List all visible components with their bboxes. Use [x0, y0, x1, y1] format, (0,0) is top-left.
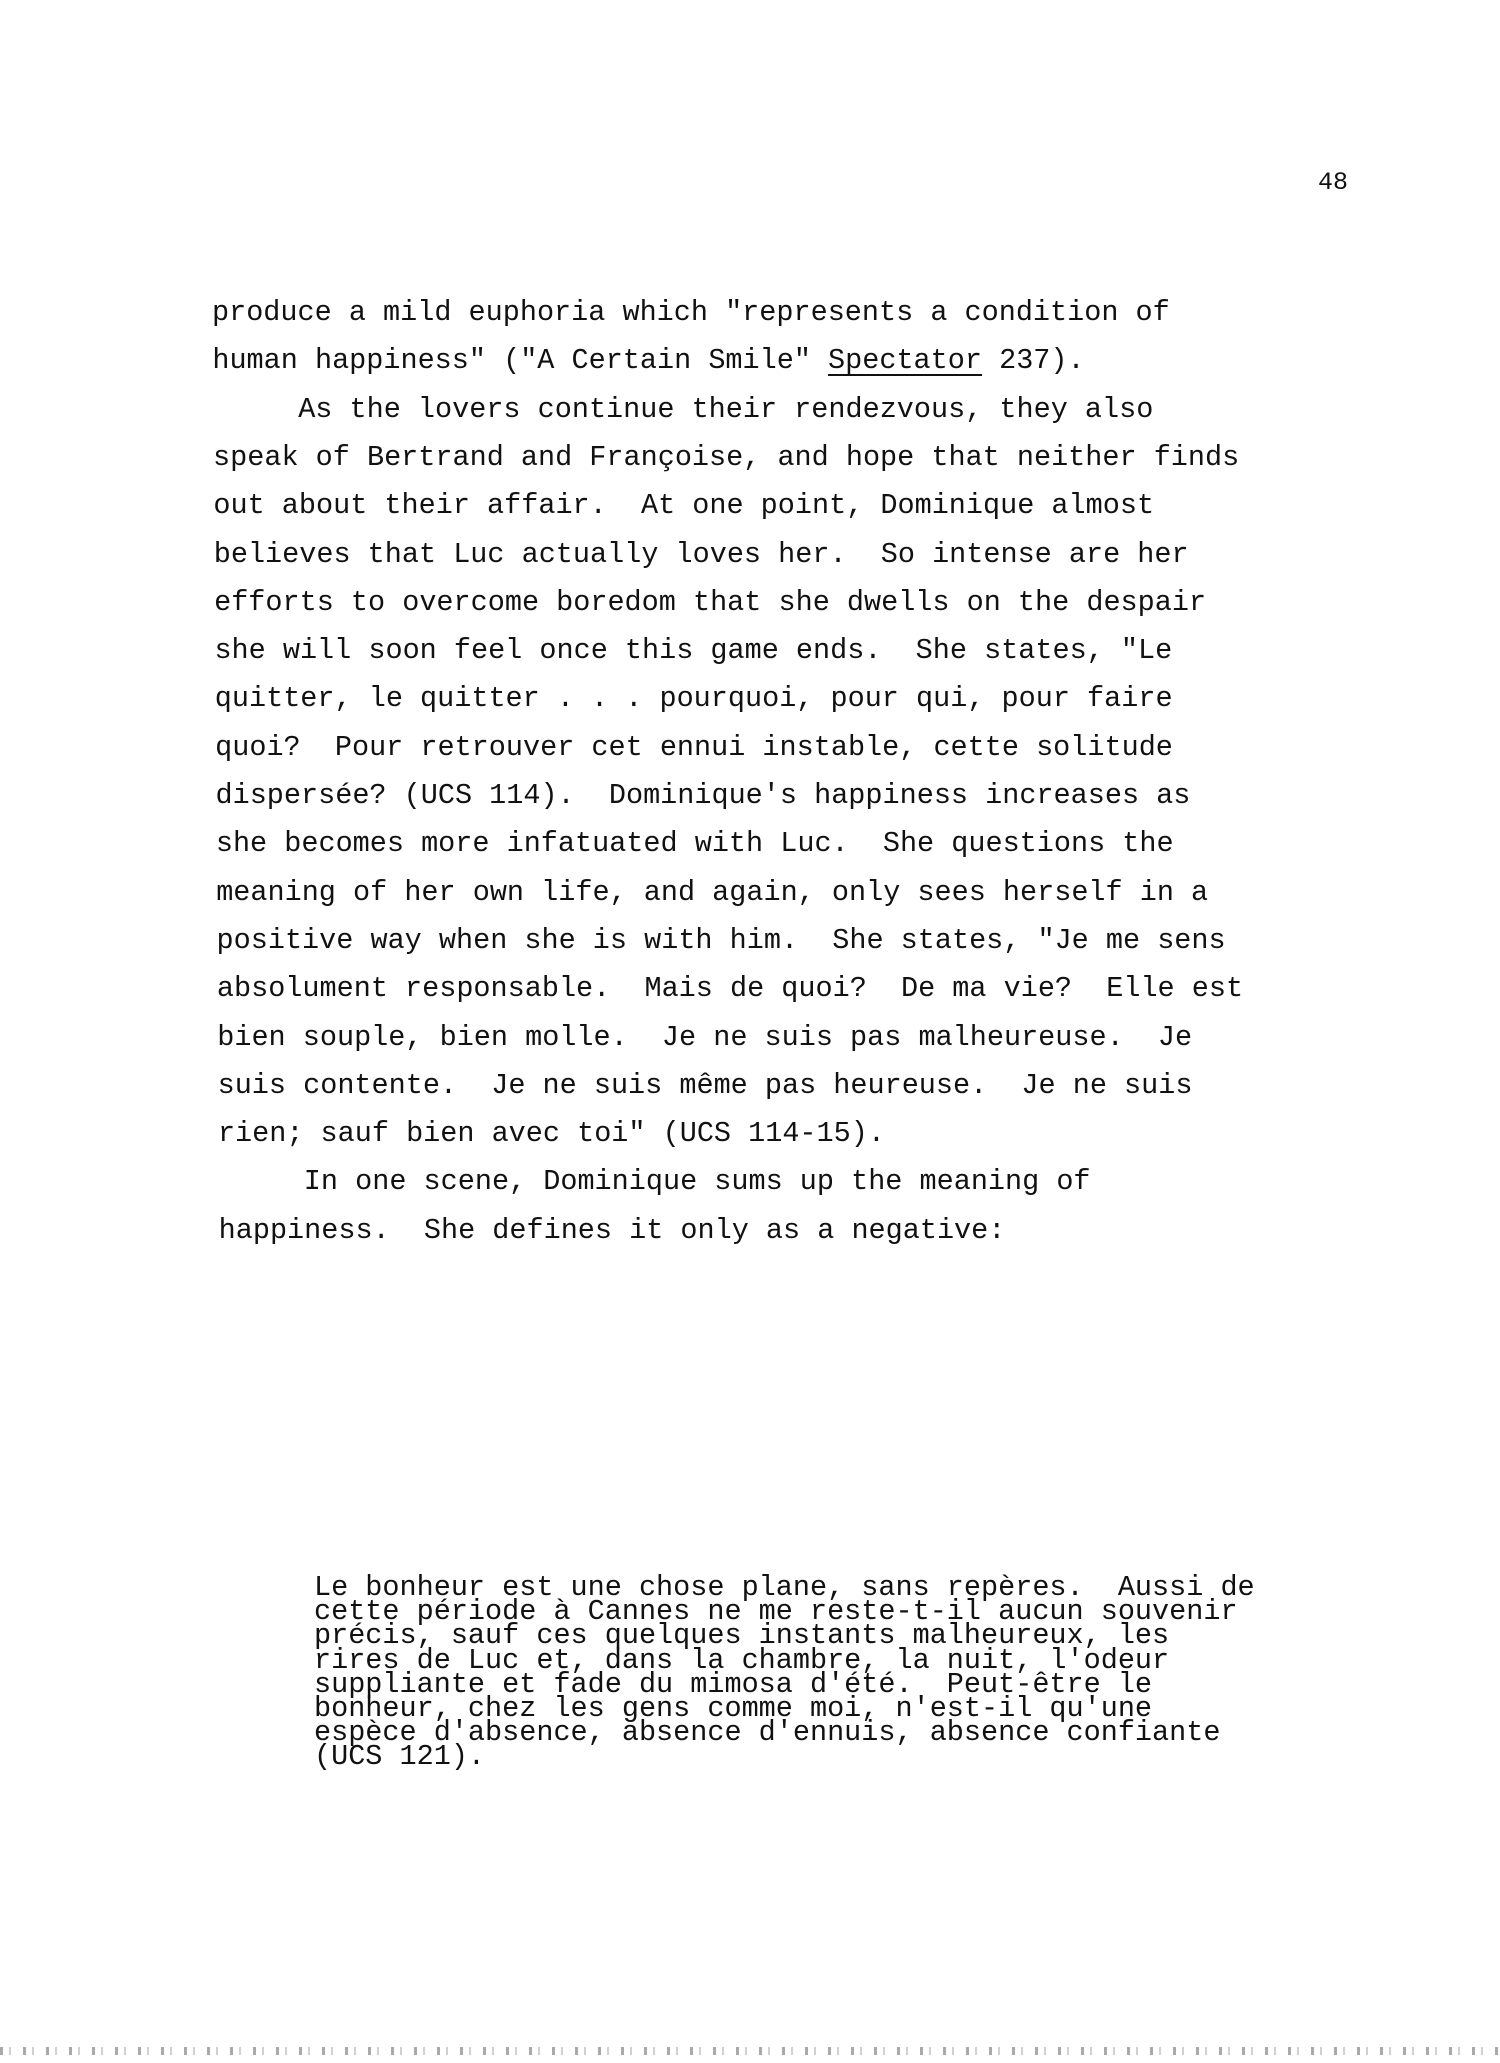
body-line: quitter, le quitter . . . pourquoi, pour…	[215, 682, 1173, 716]
body-line: meaning of her own life, and again, only…	[216, 876, 1208, 910]
scan-artifact-edge	[0, 2047, 1500, 2055]
body-line: she will soon feel once this game ends. …	[214, 634, 1172, 668]
body-line: efforts to overcome boredom that she dwe…	[214, 586, 1206, 620]
body-line: quoi? Pour retrouver cet ennui instable,…	[215, 731, 1173, 765]
body-line: suis contente. Je ne suis même pas heure…	[218, 1069, 1193, 1103]
body-line: rien; sauf bien avec toi" (UCS 114-15).	[218, 1117, 885, 1151]
citation-prefix: human happiness" ("A Certain Smile"	[212, 344, 828, 377]
quote-line-citation: (UCS 121).	[314, 1741, 485, 1772]
body-line: out about their affair. At one point, Do…	[213, 489, 1154, 523]
body-line: believes that Luc actually loves her. So…	[214, 538, 1189, 572]
body-line: bien souple, bien molle. Je ne suis pas …	[217, 1021, 1192, 1055]
body-line: In one scene, Dominique sums up the mean…	[218, 1165, 1090, 1199]
body-line: she becomes more infatuated with Luc. Sh…	[216, 827, 1174, 861]
body-line: speak of Bertrand and Françoise, and hop…	[213, 441, 1239, 475]
citation-suffix: 237).	[982, 344, 1085, 377]
body-line: As the lovers continue their rendezvous,…	[213, 393, 1154, 427]
body-line: absolument responsable. Mais de quoi? De…	[217, 972, 1243, 1006]
body-line: dispersée? (UCS 114). Dominique's happin…	[216, 779, 1191, 813]
body-line: positive way when she is with him. She s…	[217, 924, 1226, 958]
body-line: produce a mild euphoria which "represent…	[212, 296, 1170, 330]
body-line: happiness. She defines it only as a nega…	[219, 1214, 1006, 1248]
journal-title-underlined: Spectator	[828, 344, 982, 377]
page-number: 48	[1318, 168, 1348, 197]
body-line-citation: human happiness" ("A Certain Smile" Spec…	[212, 344, 1084, 378]
